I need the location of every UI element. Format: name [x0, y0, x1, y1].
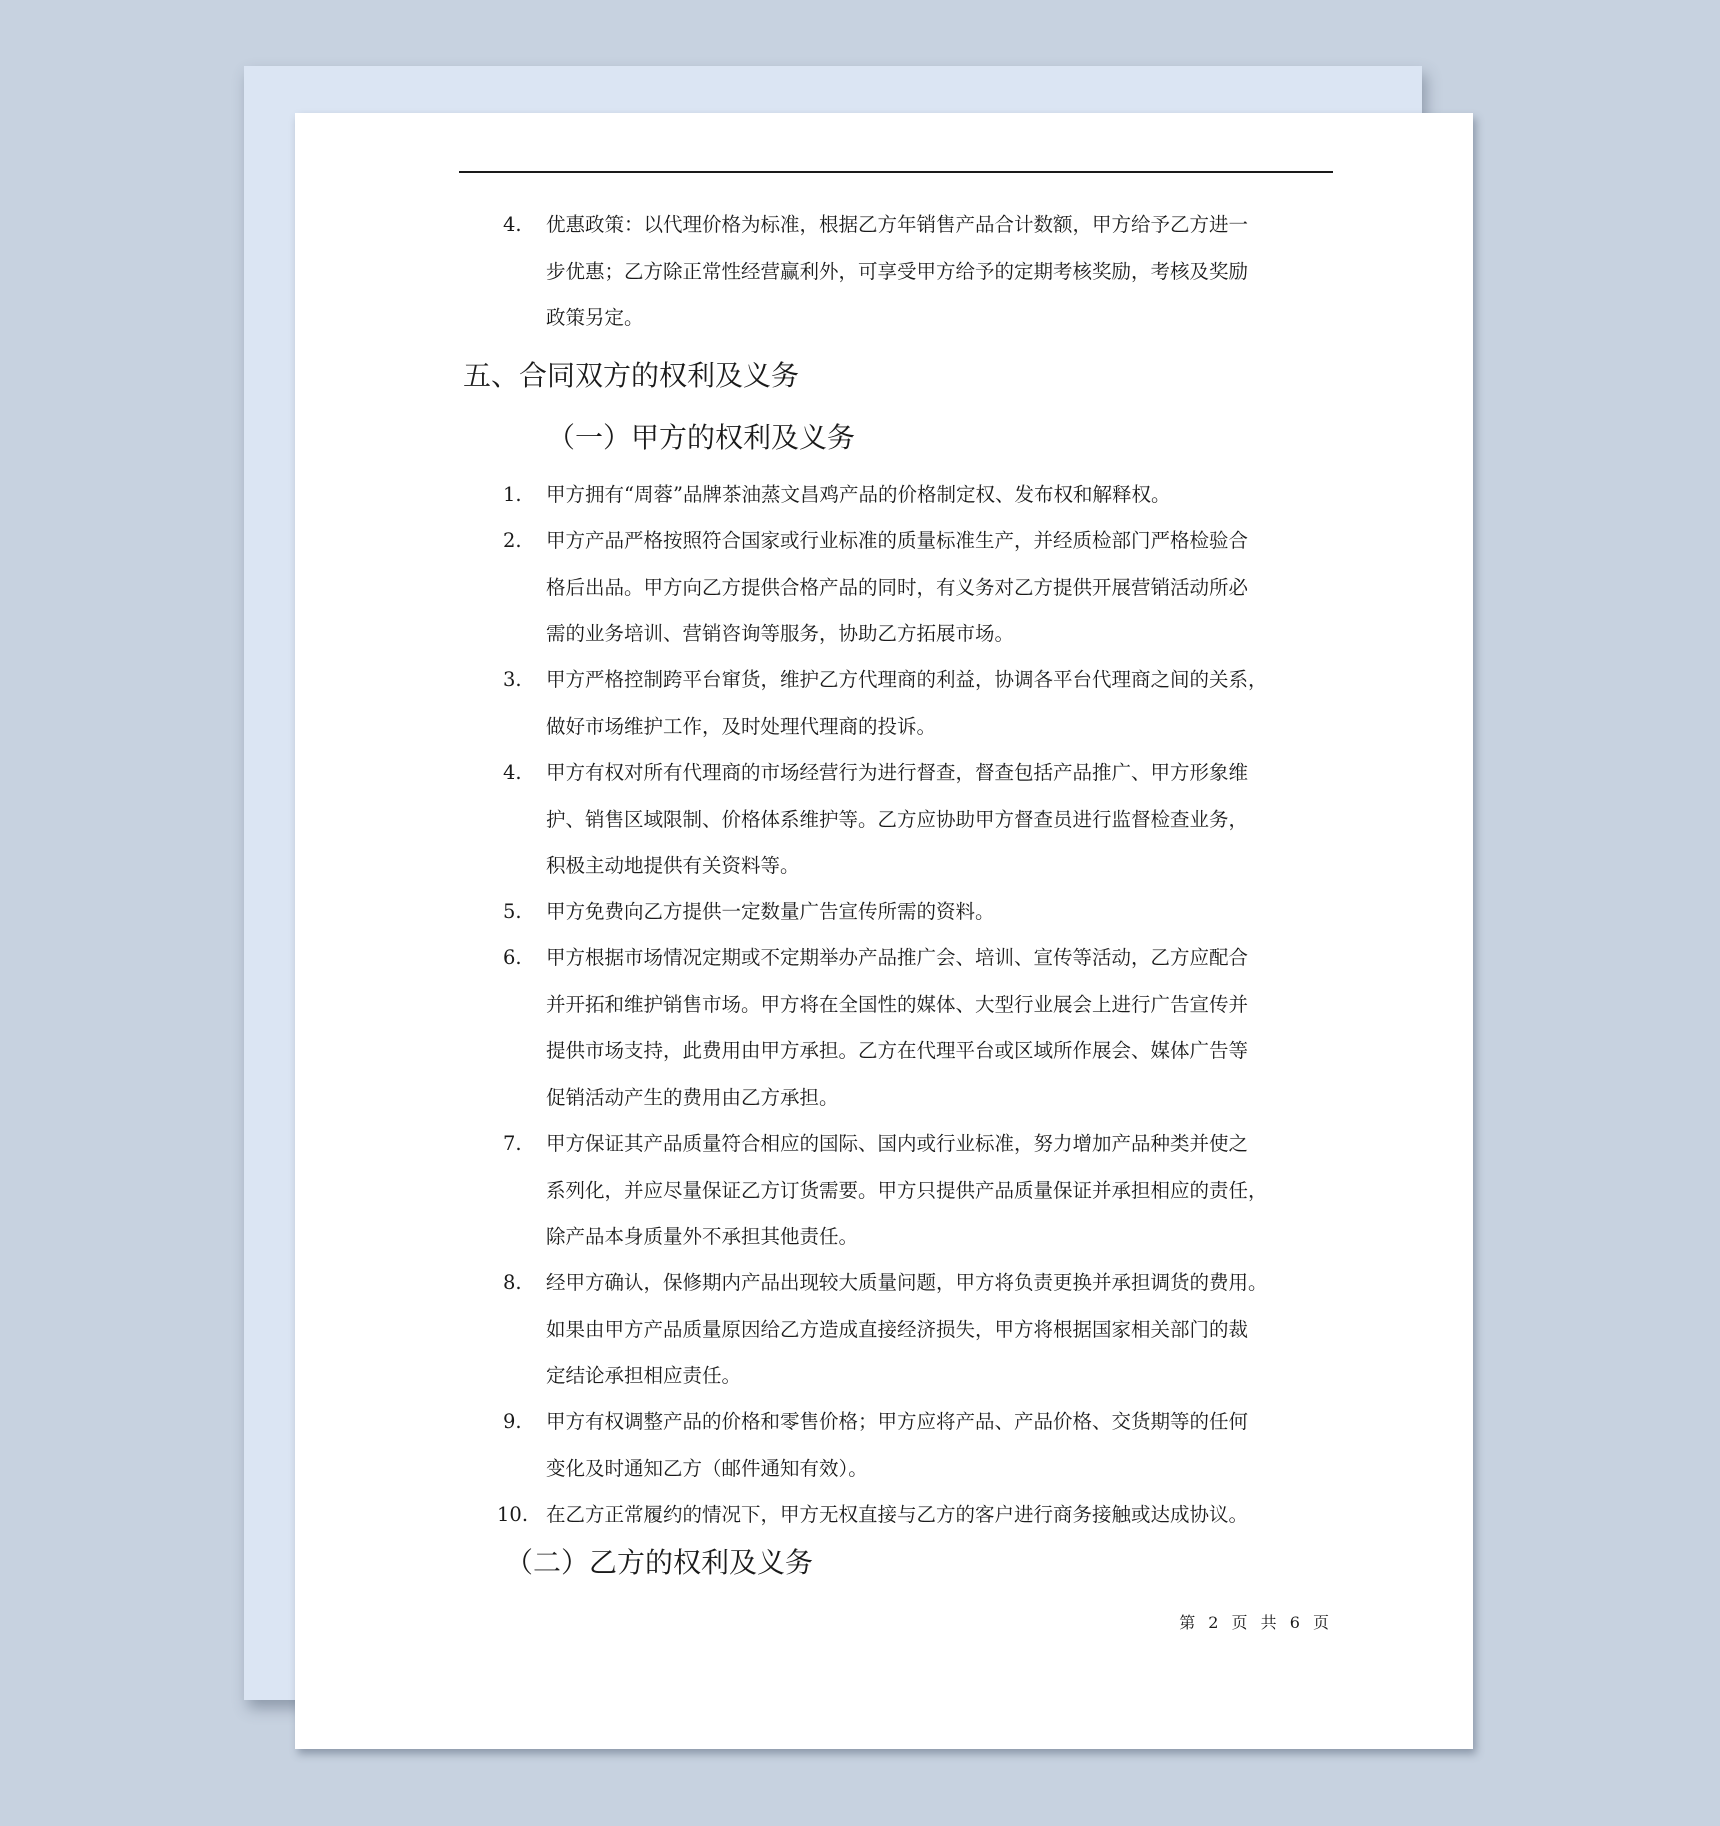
- item-number: 8.: [503, 1260, 543, 1307]
- header-rule: [459, 171, 1333, 173]
- item-line: 定结论承担相应责任。: [546, 1353, 1333, 1400]
- item-number: 9.: [503, 1399, 543, 1446]
- item-line: 变化及时通知乙方（邮件通知有效）。: [546, 1446, 1333, 1493]
- item-line: 需的业务培训、营销咨询等服务，协助乙方拓展市场。: [546, 611, 1333, 658]
- item-line: 格后出品。甲方向乙方提供合格产品的同时，有义务对乙方提供开展营销活动所必: [546, 565, 1333, 612]
- item-line: 如果由甲方产品质量原因给乙方造成直接经济损失，甲方将根据国家相关部门的裁: [546, 1307, 1333, 1354]
- list-item-4: 4. 甲方有权对所有代理商的市场经营行为进行督查，督查包括产品推广、甲方形象维 …: [503, 750, 1333, 890]
- item-line: 经甲方确认，保修期内产品出现较大质量问题，甲方将负责更换并承担调货的费用。: [546, 1260, 1333, 1307]
- item-number: 4.: [503, 202, 543, 249]
- item-line: 甲方拥有“周蓉”品牌茶油蒸文昌鸡产品的价格制定权、发布权和解释权。: [546, 472, 1333, 519]
- list-item-6: 6. 甲方根据市场情况定期或不定期举办产品推广会、培训、宣传等活动，乙方应配合 …: [503, 935, 1333, 1121]
- document-page: 4. 优惠政策：以代理价格为标准，根据乙方年销售产品合计数额，甲方给予乙方进一 …: [295, 113, 1473, 1749]
- item-line: 促销活动产生的费用由乙方承担。: [546, 1075, 1333, 1122]
- item-line: 积极主动地提供有关资料等。: [546, 843, 1333, 890]
- item-line: 政策另定。: [546, 295, 1333, 342]
- list-item-1: 1. 甲方拥有“周蓉”品牌茶油蒸文昌鸡产品的价格制定权、发布权和解释权。: [503, 472, 1333, 519]
- item-line: 优惠政策：以代理价格为标准，根据乙方年销售产品合计数额，甲方给予乙方进一: [546, 202, 1333, 249]
- page-number-footer: 第 2 页 共 6 页: [1179, 1610, 1330, 1633]
- item-number: 1.: [503, 472, 543, 519]
- item-number: 6.: [503, 935, 543, 982]
- list-item-7: 7. 甲方保证其产品质量符合相应的国际、国内或行业标准，努力增加产品种类并使之 …: [503, 1121, 1333, 1261]
- item-number: 4.: [503, 750, 543, 797]
- list-item-prev-4: 4. 优惠政策：以代理价格为标准，根据乙方年销售产品合计数额，甲方给予乙方进一 …: [503, 202, 1333, 342]
- list-item-5: 5. 甲方免费向乙方提供一定数量广告宣传所需的资料。: [503, 889, 1333, 936]
- item-line: 甲方根据市场情况定期或不定期举办产品推广会、培训、宣传等活动，乙方应配合: [546, 935, 1333, 982]
- subsection-heading-party-a: （一）甲方的权利及义务: [547, 418, 855, 458]
- item-line: 并开拓和维护销售市场。甲方将在全国性的媒体、大型行业展会上进行广告宣传并: [546, 982, 1333, 1029]
- item-line: 除产品本身质量外不承担其他责任。: [546, 1214, 1333, 1261]
- item-line: 甲方保证其产品质量符合相应的国际、国内或行业标准，努力增加产品种类并使之: [546, 1121, 1333, 1168]
- item-line: 甲方严格控制跨平台窜货，维护乙方代理商的利益，协调各平台代理商之间的关系，: [546, 657, 1333, 704]
- item-line: 甲方产品严格按照符合国家或行业标准的质量标准生产，并经质检部门严格检验合: [546, 518, 1333, 565]
- subsection-heading-party-b: （二）乙方的权利及义务: [505, 1543, 813, 1583]
- list-item-2: 2. 甲方产品严格按照符合国家或行业标准的质量标准生产，并经质检部门严格检验合 …: [503, 518, 1333, 658]
- item-number: 10.: [497, 1492, 537, 1539]
- list-item-10: 10. 在乙方正常履约的情况下，甲方无权直接与乙方的客户进行商务接触或达成协议。: [503, 1492, 1333, 1539]
- item-line: 步优惠；乙方除正常性经营赢利外，可享受甲方给予的定期考核奖励，考核及奖励: [546, 249, 1333, 296]
- section-heading: 五、合同双方的权利及义务: [463, 356, 799, 396]
- item-line: 系列化，并应尽量保证乙方订货需要。甲方只提供产品质量保证并承担相应的责任，: [546, 1168, 1333, 1215]
- list-item-8: 8. 经甲方确认，保修期内产品出现较大质量问题，甲方将负责更换并承担调货的费用。…: [503, 1260, 1333, 1400]
- item-number: 2.: [503, 518, 543, 565]
- list-item-9: 9. 甲方有权调整产品的价格和零售价格；甲方应将产品、产品价格、交货期等的任何 …: [503, 1399, 1333, 1492]
- item-line: 甲方免费向乙方提供一定数量广告宣传所需的资料。: [546, 889, 1333, 936]
- item-line: 甲方有权对所有代理商的市场经营行为进行督查，督查包括产品推广、甲方形象维: [546, 750, 1333, 797]
- item-line: 在乙方正常履约的情况下，甲方无权直接与乙方的客户进行商务接触或达成协议。: [546, 1492, 1333, 1539]
- list-item-3: 3. 甲方严格控制跨平台窜货，维护乙方代理商的利益，协调各平台代理商之间的关系，…: [503, 657, 1333, 750]
- item-number: 7.: [503, 1121, 543, 1168]
- item-number: 3.: [503, 657, 543, 704]
- item-line: 护、销售区域限制、价格体系维护等。乙方应协助甲方督查员进行监督检查业务，: [546, 797, 1333, 844]
- item-line: 做好市场维护工作，及时处理代理商的投诉。: [546, 704, 1333, 751]
- item-number: 5.: [503, 889, 543, 936]
- item-line: 提供市场支持，此费用由甲方承担。乙方在代理平台或区域所作展会、媒体广告等: [546, 1028, 1333, 1075]
- item-line: 甲方有权调整产品的价格和零售价格；甲方应将产品、产品价格、交货期等的任何: [546, 1399, 1333, 1446]
